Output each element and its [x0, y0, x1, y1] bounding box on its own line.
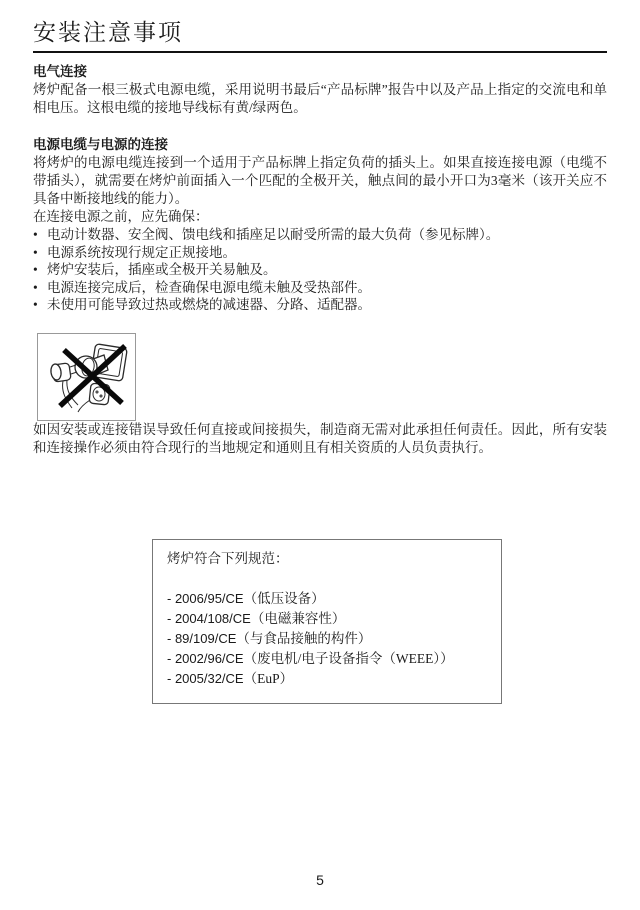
directive-desc: （废电机/电子设备指令（WEEE）） — [244, 651, 454, 666]
bullet-icon: • — [33, 296, 47, 314]
title-rule — [33, 51, 607, 53]
bullet-icon: • — [33, 279, 47, 297]
list-item-text: 电源系统按现行规定正规接地。 — [47, 244, 236, 262]
compliance-intro: 烤炉符合下列规范： — [167, 549, 487, 569]
directive-desc: （电磁兼容性） — [251, 611, 346, 626]
directive-code: - 2004/108/CE — [167, 611, 251, 626]
list-item: • 电源系统按现行规定正规接地。 — [33, 244, 607, 262]
document-page: 安装注意事项 电气连接 烤炉配备一根三极式电源电缆，采用说明书最后“产品标牌”报… — [0, 0, 640, 910]
list-item: • 烤炉安装后，插座或全极开关易触及。 — [33, 261, 607, 279]
list-item: • 电源连接完成后，检查确保电源电缆未触及受热部件。 — [33, 279, 607, 297]
section-power-cable-connection: 电源电缆与电源的连接 将烤炉的电源电缆连接到一个适用于产品标牌上指定负荷的插头上… — [33, 136, 607, 314]
no-adapters-crossed-out-plugs-icon — [37, 333, 136, 421]
directive-code: - 2002/96/CE — [167, 651, 244, 666]
compliance-item: - 89/109/CE（与食品接触的构件） — [167, 629, 487, 649]
page-title: 安装注意事项 — [33, 18, 607, 48]
list-item: • 电动计数器、安全阀、馈电线和插座足以耐受所需的最大负荷（参见标牌）。 — [33, 226, 607, 244]
section-heading: 电源电缆与电源的连接 — [33, 136, 607, 154]
directive-desc: （EuP） — [244, 671, 294, 686]
checklist-intro: 在连接电源之前，应先确保： — [33, 208, 607, 226]
checklist: • 电动计数器、安全阀、馈电线和插座足以耐受所需的最大负荷（参见标牌）。 • 电… — [33, 226, 607, 314]
bullet-icon: • — [33, 244, 47, 262]
section-heading: 电气连接 — [33, 63, 607, 81]
section-electrical-connection: 电气连接 烤炉配备一根三极式电源电缆，采用说明书最后“产品标牌”报告中以及产品上… — [33, 63, 607, 117]
list-item-text: 电动计数器、安全阀、馈电线和插座足以耐受所需的最大负荷（参见标牌）。 — [47, 226, 499, 244]
compliance-item: - 2004/108/CE（电磁兼容性） — [167, 609, 487, 629]
directive-desc: （低压设备） — [244, 591, 325, 606]
directive-code: - 2006/95/CE — [167, 591, 244, 606]
page-number: 5 — [0, 871, 640, 889]
paragraph: 烤炉配备一根三极式电源电缆，采用说明书最后“产品标牌”报告中以及产品上指定的交流… — [33, 81, 607, 117]
compliance-item: - 2002/96/CE（废电机/电子设备指令（WEEE）） — [167, 649, 487, 669]
compliance-box: 烤炉符合下列规范： - 2006/95/CE（低压设备） - 2004/108/… — [152, 539, 502, 704]
directive-code: - 2005/32/CE — [167, 671, 244, 686]
directive-code: - 89/109/CE — [167, 631, 236, 646]
list-item-text: 未使用可能导致过热或燃烧的减速器、分路、适配器。 — [47, 296, 371, 314]
directive-desc: （与食品接触的构件） — [236, 631, 371, 646]
list-item-text: 电源连接完成后，检查确保电源电缆未触及受热部件。 — [47, 279, 371, 297]
compliance-item: - 2006/95/CE（低压设备） — [167, 589, 487, 609]
bullet-icon: • — [33, 226, 47, 244]
list-item: • 未使用可能导致过热或燃烧的减速器、分路、适配器。 — [33, 296, 607, 314]
bullet-icon: • — [33, 261, 47, 279]
paragraph: 将烤炉的电源电缆连接到一个适用于产品标牌上指定负荷的插头上。如果直接连接电源（电… — [33, 154, 607, 208]
disclaimer-paragraph: 如因安装或连接错误导致任何直接或间接损失，制造商无需对此承担任何责任。因此，所有… — [33, 421, 607, 457]
compliance-item: - 2005/32/CE（EuP） — [167, 669, 487, 689]
list-item-text: 烤炉安装后，插座或全极开关易触及。 — [47, 261, 277, 279]
